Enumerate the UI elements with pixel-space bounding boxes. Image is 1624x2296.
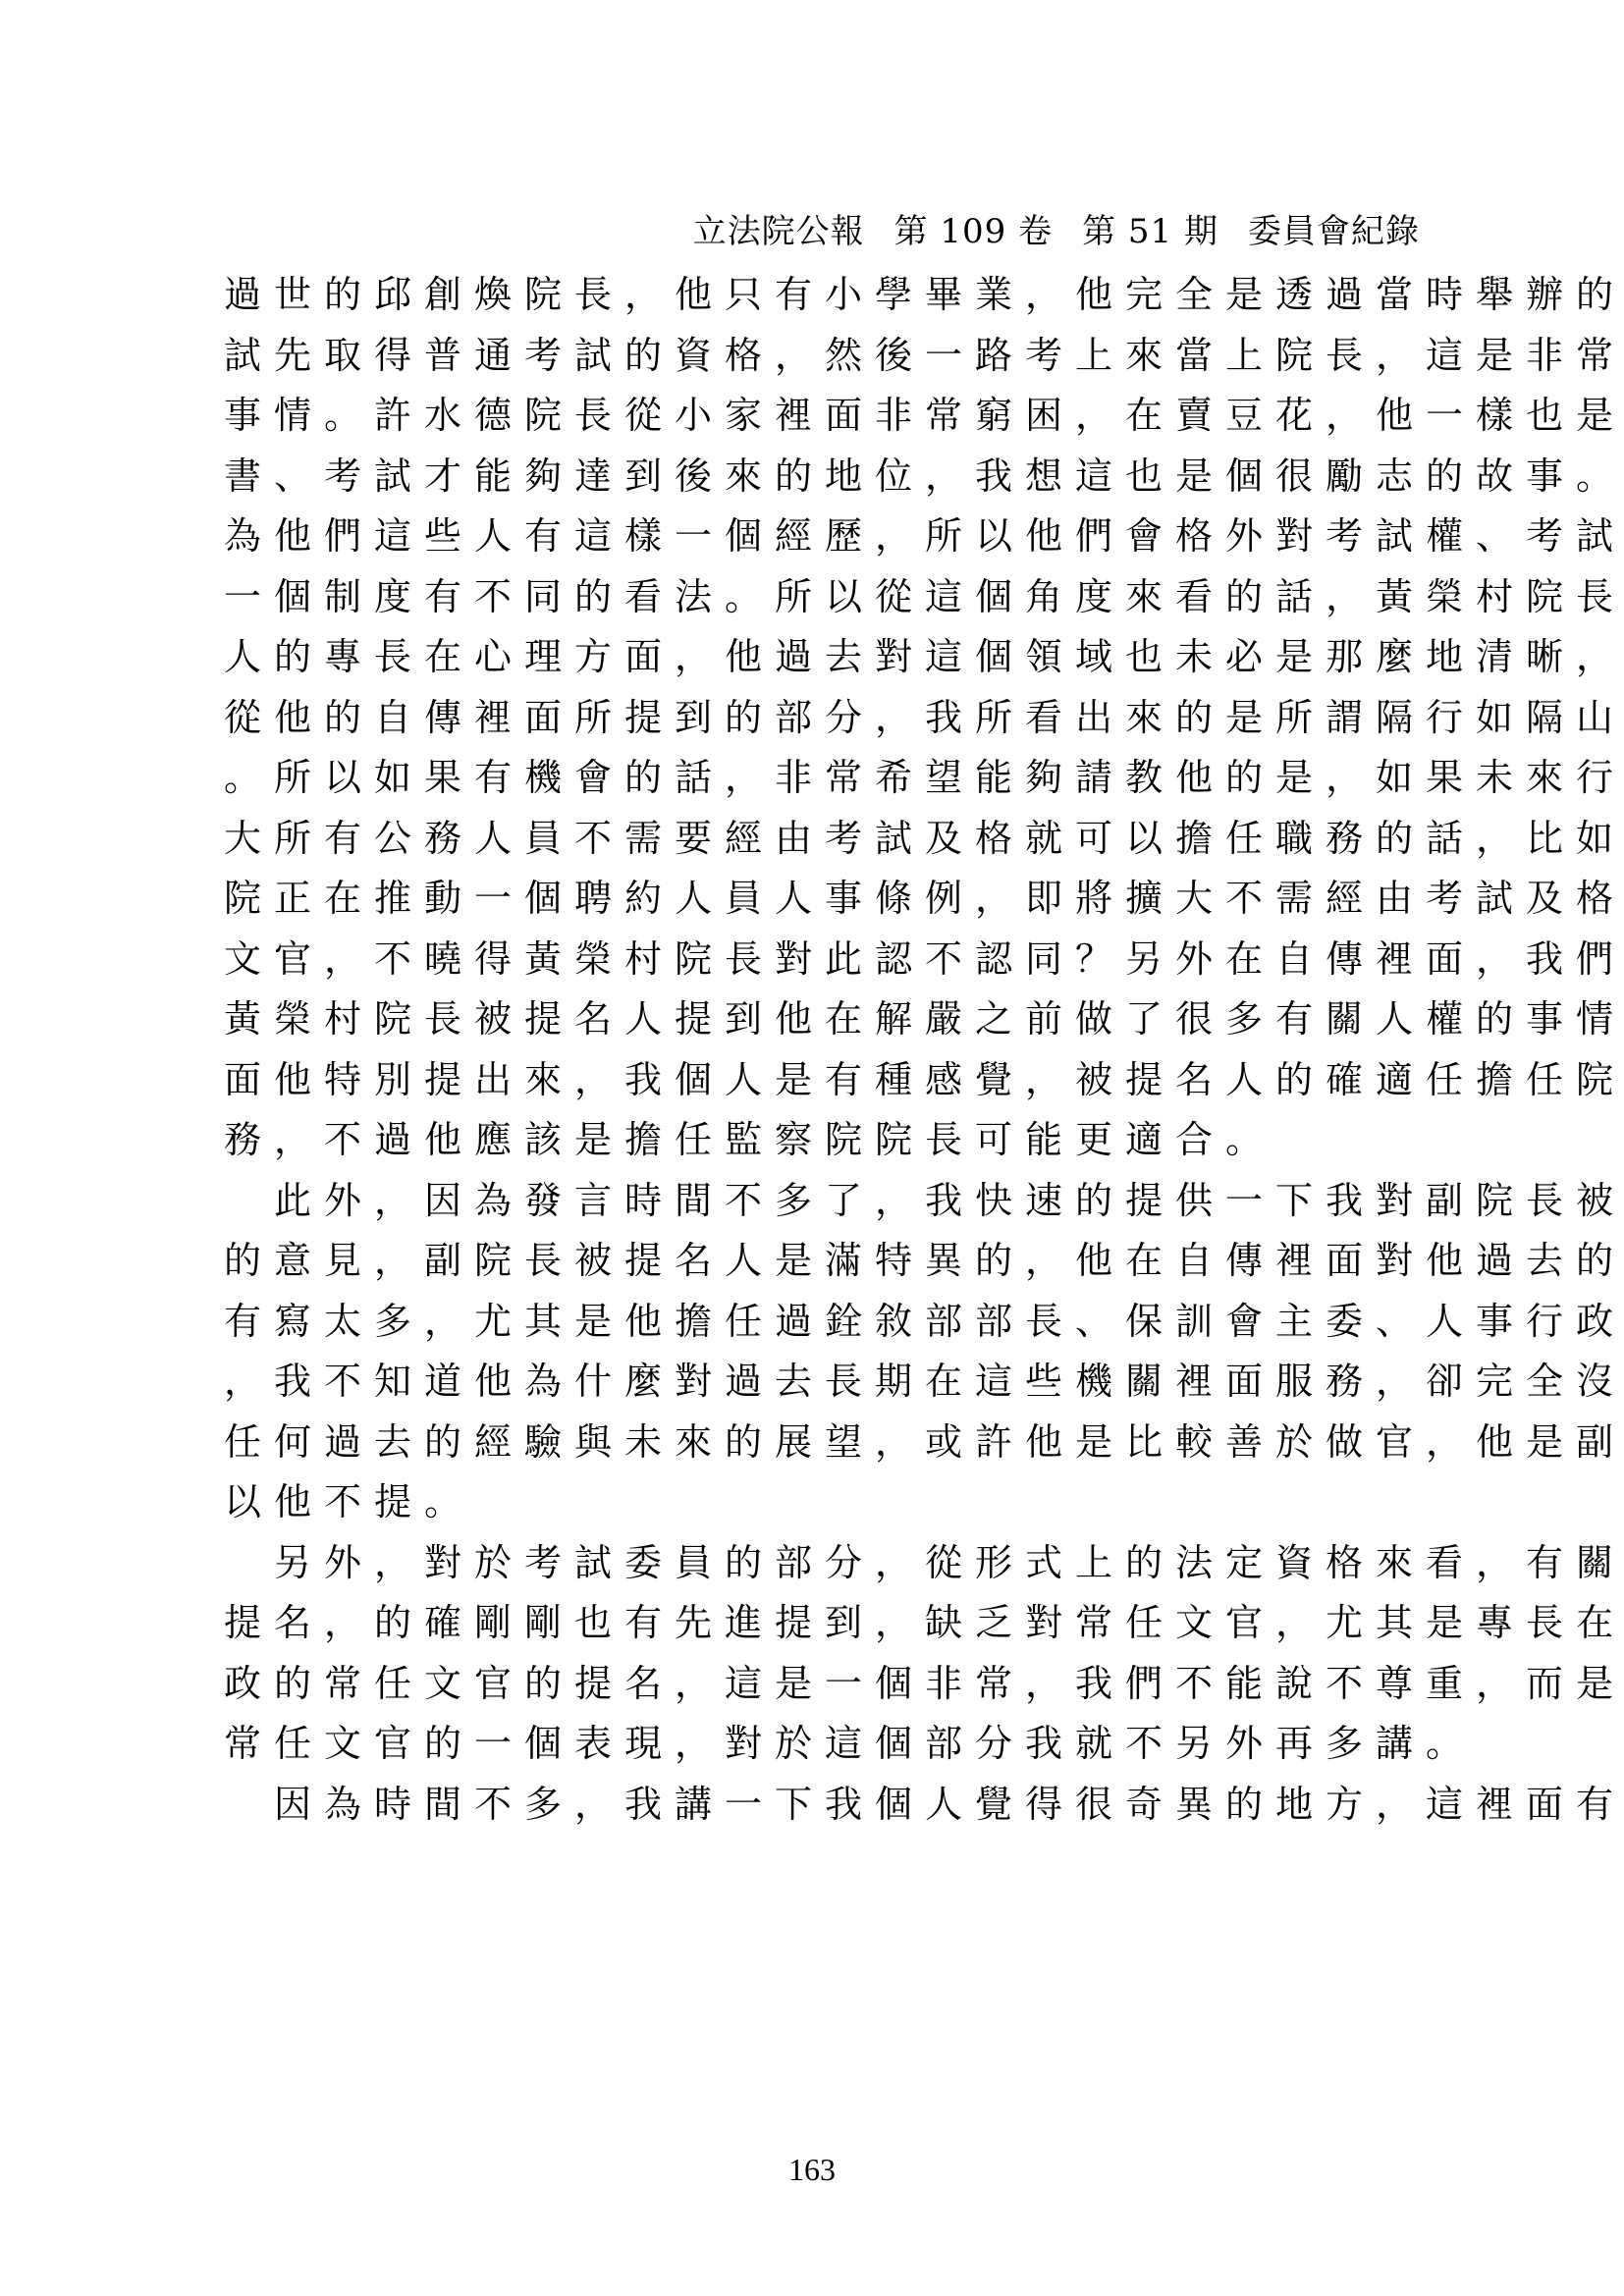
- text-line: 一個制度有不同的看法。所以從這個角度來看的話，黃榮村院長被提名: [224, 567, 1426, 628]
- text-line: 事情。許水德院長從小家裡面非常窮困，在賣豆花，他一樣也是透過讀: [224, 386, 1426, 447]
- section-title: 委員會紀錄: [1248, 212, 1420, 251]
- body-text: 過世的邱創煥院長，他只有小學畢業，他完全是透過當時舉辦的檢定考 試先取得普通考試…: [224, 265, 1426, 1835]
- text-line: 從他的自傳裡面所提到的部分，我所看出來的是所謂隔行如隔山的概念: [224, 688, 1426, 749]
- text-line: 面他特別提出來，我個人是有種感覺，被提名人的確適任擔任院長的職: [224, 1050, 1426, 1111]
- text-line: 過世的邱創煥院長，他只有小學畢業，他完全是透過當時舉辦的檢定考: [224, 265, 1426, 326]
- publication-title: 立法院公報: [693, 212, 865, 251]
- text-line: 任何過去的經驗與未來的展望，或許他是比較善於做官，他是副院長所: [224, 1413, 1426, 1473]
- text-line: 常任文官的一個表現，對於這個部分我就不另外再多講。: [224, 1714, 1426, 1775]
- paragraph-start-line: 因為時間不多，我講一下我個人覺得很奇異的地方，這裡面有幾位是: [224, 1775, 1426, 1836]
- document-page: 立法院公報第 109 卷第 51 期委員會紀錄 過世的邱創煥院長，他只有小學畢業…: [0, 0, 1624, 2296]
- paragraph-start-line: 另外，對於考試委員的部分，從形式上的法定資格來看，有關這次的: [224, 1533, 1426, 1594]
- text-line: 有寫太多，尤其是他擔任過銓敘部部長、保訓會主委、人事行政局局長: [224, 1292, 1426, 1353]
- volume-number: 第 109 卷: [894, 212, 1054, 251]
- text-line: 政的常任文官的提名，這是一個非常，我們不能說不尊重，而是不信任: [224, 1654, 1426, 1715]
- page-number: 163: [0, 2150, 1624, 2189]
- text-line: ，我不知道他為什麼對過去長期在這些機關裡面服務，卻完全沒有提到: [224, 1352, 1426, 1413]
- text-line: 大所有公務人員不需要經由考試及格就可以擔任職務的話，比如說行政: [224, 809, 1426, 870]
- text-line: 院正在推動一個聘約人員人事條例，即將擴大不需經由考試及格的常任: [224, 869, 1426, 930]
- issue-number: 第 51 期: [1082, 212, 1218, 251]
- text-line: 。所以如果有機會的話，非常希望能夠請教他的是，如果未來行政院擴: [224, 748, 1426, 809]
- text-line: 黃榮村院長被提名人提到他在解嚴之前做了很多有關人權的事情，這方: [224, 989, 1426, 1050]
- text-line: 為他們這些人有這樣一個經歷，所以他們會格外對考試權、考試院這樣: [224, 507, 1426, 567]
- text-line: 人的專長在心理方面，他過去對這個領域也未必是那麼地清晰，我認為: [224, 627, 1426, 688]
- text-line: 試先取得普通考試的資格，然後一路考上來當上院長，這是非常勵志的: [224, 326, 1426, 387]
- text-line: 書、考試才能夠達到後來的地位，我想這也是個很勵志的故事。也正因: [224, 447, 1426, 507]
- paragraph-start-line: 此外，因為發言時間不多了，我快速的提供一下我對副院長被提名人: [224, 1171, 1426, 1232]
- text-line: 提名，的確剛剛也有先進提到，缺乏對常任文官，尤其是專長在人事行: [224, 1593, 1426, 1654]
- text-line: 務，不過他應該是擔任監察院院長可能更適合。: [224, 1110, 1426, 1171]
- text-line: 的意見，副院長被提名人是滿特異的，他在自傳裡面對他過去的表現沒: [224, 1231, 1426, 1292]
- text-line: 文官，不曉得黃榮村院長對此認不認同？另外在自傳裡面，我們也看到: [224, 930, 1426, 990]
- text-line: 以他不提。: [224, 1472, 1426, 1533]
